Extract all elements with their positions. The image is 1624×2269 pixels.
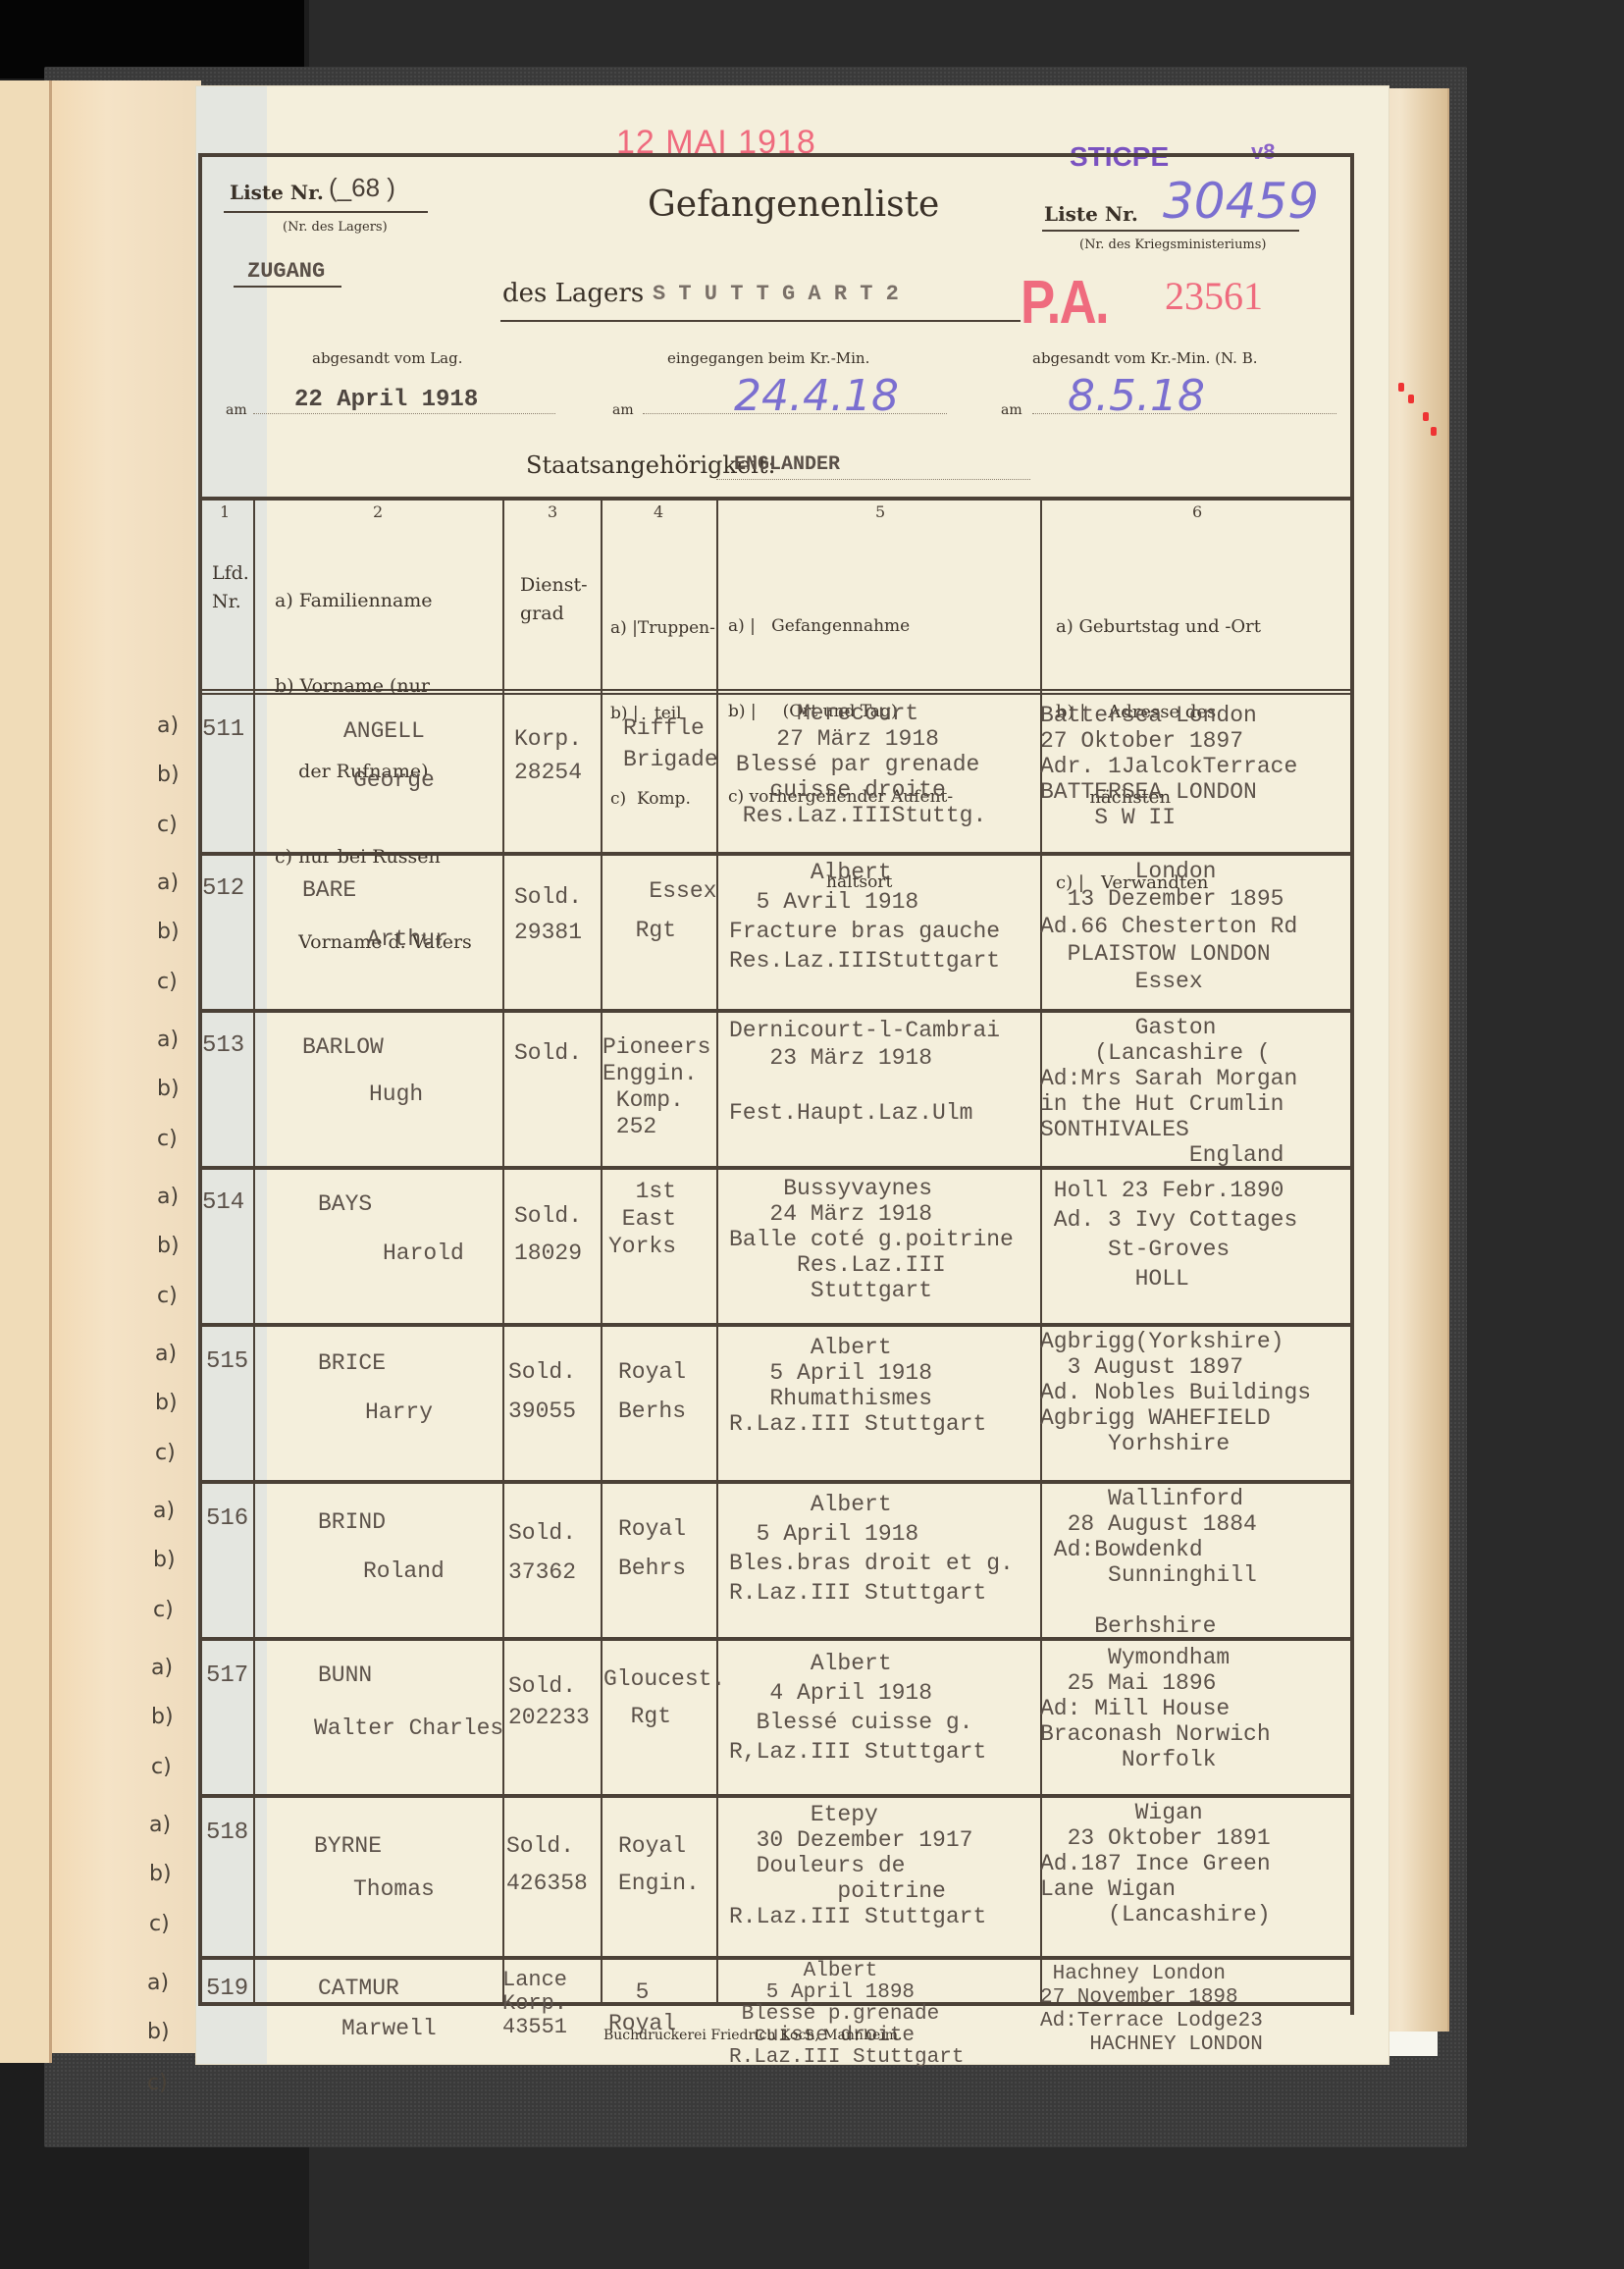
liste-nr-value-left: (_68 ) [329, 173, 395, 203]
label-b: b) [155, 1391, 178, 1415]
firstname: Harry [365, 1399, 433, 1425]
row-divider [198, 852, 1354, 856]
label-c: c) [151, 1755, 172, 1779]
row-divider [198, 1794, 1354, 1798]
label-a: a) [155, 1342, 177, 1366]
unit: Pioneers Enggin. Komp. 252 [602, 1034, 710, 1140]
col-num-4: 4 [654, 502, 663, 521]
capture-info: Albert 5 April 1918 Bles.bras droit et g… [729, 1490, 1014, 1608]
row-number: 513 [202, 1032, 244, 1059]
col-num-5: 5 [875, 502, 885, 521]
am-label: am [1001, 402, 1022, 418]
capture-info: Dernicourt-l-Cambrai 23 März 1918 Fest.H… [729, 1017, 1000, 1127]
label-b: b) [157, 763, 180, 787]
row-number: 516 [206, 1505, 248, 1532]
unit: Royal Engin. [618, 1827, 700, 1902]
dotted-line [716, 479, 1030, 480]
red-mark [1398, 383, 1404, 392]
rank: Korp. 28254 [514, 722, 582, 789]
capture-info: Merecourt 27 März 1918 Blessé par grenad… [729, 701, 986, 828]
firstname: Hugh [369, 1082, 423, 1107]
sent-ministry-label: abgesandt vom Kr.-Min. (N. B. [1032, 349, 1257, 367]
birth-and-address: Holl 23 Febr.1890 Ad. 3 Ivy Cottages St-… [1040, 1176, 1297, 1293]
surname: ANGELL [343, 718, 425, 744]
row-divider [198, 1323, 1354, 1327]
rank: Sold. 29381 [514, 879, 582, 950]
row-number: 511 [202, 716, 244, 743]
firstname: Thomas [353, 1876, 435, 1902]
birth-and-address: London 13 Dezember 1895 Ad.66 Chesterton… [1040, 858, 1297, 995]
unit: Gloucest. Rgt [603, 1661, 725, 1735]
col-num-3: 3 [548, 502, 557, 521]
birth-and-address: Wallinford 28 August 1884 Ad:Bowdenkd Su… [1040, 1486, 1257, 1639]
pa-stamp-label: P.A. [1021, 268, 1108, 338]
label-a: a) [157, 713, 179, 738]
surname: BAYS [318, 1191, 372, 1217]
label-a: a) [157, 1028, 179, 1052]
tissue-overlay [196, 86, 267, 2064]
sent-from-camp-label: abgesandt vom Lag. [312, 349, 463, 367]
birth-and-address: Wymondham 25 Mai 1896 Ad: Mill House Bra… [1040, 1645, 1271, 1772]
capture-info: Albert 5 Avril 1918 Fracture bras gauche… [729, 858, 1000, 976]
label-c: c) [157, 1127, 178, 1151]
red-mark [1423, 412, 1429, 421]
label-a: a) [147, 1971, 169, 1995]
birth-and-address: Agbrigg(Yorkshire) 3 August 1897 Ad. Nob… [1040, 1329, 1311, 1456]
label-b: b) [157, 1234, 180, 1258]
label-c: c) [157, 970, 178, 994]
col-num-1: 1 [220, 502, 230, 521]
underline [234, 286, 341, 288]
frame-right [1350, 155, 1354, 2015]
label-a: a) [149, 1813, 171, 1837]
label-b: b) [157, 1077, 180, 1101]
dotted-line [253, 413, 555, 414]
capture-info: Bussyvaynes 24 März 1918 Balle coté g.po… [729, 1176, 1014, 1303]
label-c: c) [155, 1441, 176, 1465]
purple-stamp: STICPE [1070, 141, 1169, 173]
label-b: b) [149, 1862, 172, 1886]
underline [224, 211, 428, 213]
rank: Sold. 426358 [506, 1827, 588, 1902]
firstname: George [353, 767, 435, 793]
capture-info: Etepy 30 Dezember 1917 Douleurs de poitr… [729, 1802, 986, 1929]
label-c: c) [149, 1912, 170, 1936]
capture-info: Albert 5 April 1918 Rhumathismes R.Laz.I… [729, 1335, 986, 1437]
row-number: 512 [202, 875, 244, 902]
rank: Sold. 202233 [508, 1670, 590, 1733]
left-page-edge [0, 80, 52, 2063]
firstname: Roland [363, 1558, 445, 1584]
label-b: b) [157, 920, 180, 944]
col-divider [502, 499, 504, 2003]
liste-nr-sub-right: (Nr. des Kriegsministeriums) [1079, 237, 1267, 252]
purple-stamp-suffix: v8 [1251, 139, 1275, 165]
liste-nr-sub-left: (Nr. des Lagers) [283, 220, 388, 235]
pa-stamp-number: 23561 [1165, 273, 1263, 319]
col-divider [253, 499, 255, 2003]
surname: BUNN [318, 1662, 372, 1688]
firstname: Arthur [367, 926, 448, 952]
row-number: 519 [206, 1976, 248, 2002]
surname: BYRNE [314, 1833, 382, 1859]
received-ministry-label: eingegangen beim Kr.-Min. [667, 349, 869, 367]
unit: Royal Berhs [618, 1352, 686, 1431]
book-spine [44, 80, 201, 2053]
surname: BARLOW [302, 1034, 384, 1060]
surname: BRICE [318, 1350, 386, 1376]
liste-nr-value-right: 30459 [1163, 173, 1319, 230]
underline [1042, 230, 1299, 232]
liste-nr-label-right: Liste Nr. [1044, 202, 1138, 226]
rank: Sold. 37362 [508, 1513, 576, 1592]
rank: Sold. 39055 [508, 1352, 576, 1431]
label-b: b) [147, 2020, 170, 2044]
frame-top [198, 153, 1354, 157]
col-header-1: Lfd. Nr. [212, 559, 249, 616]
col-header-3: Dienst- grad [520, 571, 588, 628]
dotted-line [643, 413, 947, 414]
liste-nr-label-left: Liste Nr. [230, 181, 324, 204]
col-divider [601, 499, 602, 2003]
dotted-line [1032, 413, 1336, 414]
rank: Sold. 18029 [514, 1197, 582, 1272]
row-number: 514 [202, 1189, 244, 1216]
row-divider [198, 1956, 1354, 1960]
row-divider [198, 1480, 1354, 1484]
row-number: 518 [206, 1820, 248, 1846]
sent-from-camp-value: 22 April 1918 [294, 387, 478, 413]
birth-and-address: Gaston (Lancashire ( Ad:Mrs Sarah Morgan… [1040, 1015, 1297, 1168]
row-divider [198, 1009, 1354, 1013]
capture-info: Albert 4 April 1918 Blessé cuisse g. R,L… [729, 1649, 986, 1767]
lager-value: S T U T T G A R T 2 [653, 282, 899, 306]
row-number: 517 [206, 1662, 248, 1689]
prisoner-list-form: 12 MAI 1918 STICPE v8 P.A. 23561 Liste N… [196, 86, 1388, 2064]
am-label: am [226, 402, 247, 418]
unit: Essex Rgt [608, 871, 716, 950]
unit: Riffle Brigade [623, 712, 718, 775]
label-c: c) [157, 1284, 178, 1308]
table-top-border [198, 497, 1354, 501]
rank: Sold. [514, 1040, 582, 1066]
surname: BARE [302, 877, 356, 903]
label-b: b) [153, 1548, 176, 1572]
label-c: c) [147, 2071, 168, 2095]
table-bottom-border [198, 2002, 1354, 2006]
label-c: c) [153, 1598, 174, 1622]
birth-and-address: Battersea London 27 Oktober 1897 Adr. 1J… [1040, 703, 1297, 830]
frame-left [198, 153, 202, 2003]
zugang-label: ZUGANG [247, 259, 325, 284]
am-label: am [612, 402, 634, 418]
red-mark [1431, 427, 1437, 436]
form-title: Gefangenenliste [648, 185, 939, 225]
unit: Royal Behrs [618, 1509, 686, 1588]
unit: 1st East Yorks [608, 1178, 676, 1260]
row-number: 515 [206, 1348, 248, 1375]
red-mark [1408, 395, 1414, 403]
surname: BRIND [318, 1509, 386, 1535]
col-num-6: 6 [1192, 502, 1202, 521]
label-a: a) [157, 1185, 179, 1209]
des-lagers-label: des Lagers [502, 279, 644, 308]
label-b: b) [151, 1705, 174, 1729]
firstname: Walter Charles [314, 1715, 503, 1741]
nationality-value: ENGLANDER [734, 453, 840, 476]
firstname: Harold [383, 1240, 464, 1266]
label-a: a) [151, 1656, 173, 1680]
birth-and-address: Wigan 23 Oktober 1891 Ad.187 Ince Green … [1040, 1800, 1271, 1927]
underline [500, 320, 1021, 322]
label-c: c) [157, 813, 178, 837]
col-num-2: 2 [373, 502, 383, 521]
label-a: a) [153, 1499, 175, 1523]
label-a: a) [157, 871, 179, 895]
